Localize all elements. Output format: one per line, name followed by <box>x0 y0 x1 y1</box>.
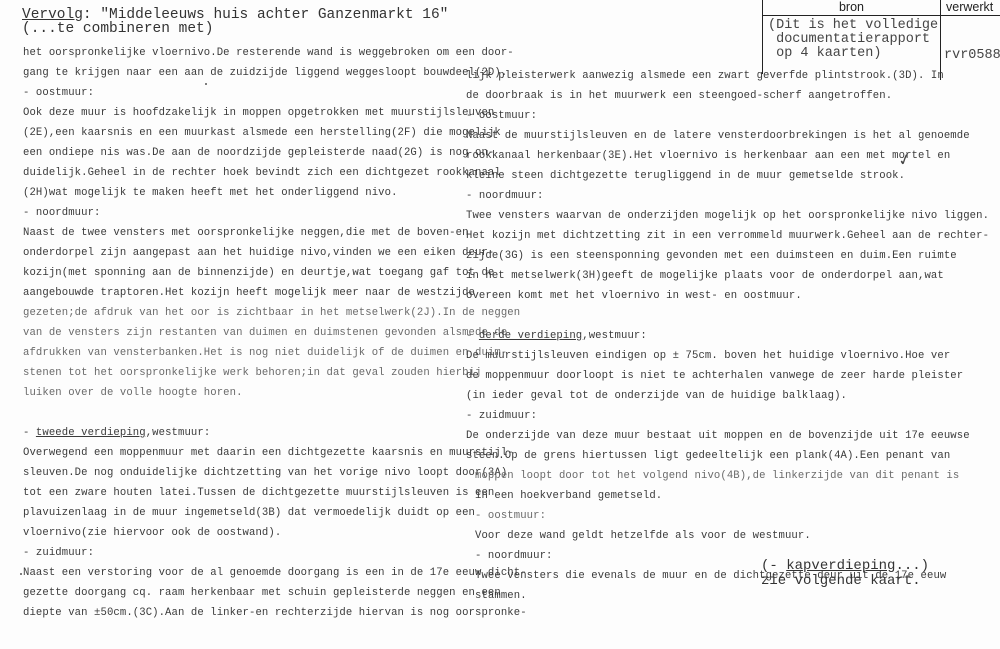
text-line: De onderzijde van deze muur bestaat uit … <box>466 426 936 446</box>
text-line: Ook deze muur is hoofdzakelijk in moppen… <box>23 103 463 123</box>
blank-line <box>23 403 463 423</box>
next-suffix: ...) <box>895 558 929 574</box>
section-heading: - zuidmuur: <box>23 543 463 563</box>
section-heading: - derde verdieping,westmuur: <box>466 326 936 346</box>
table-divider <box>762 15 1000 16</box>
text-line: luiken over de volle hoogte horen. <box>23 383 463 403</box>
speck <box>205 83 207 85</box>
text-line: stammen. <box>466 586 936 606</box>
text-line: zijde(3G) is een steensponning gevonden … <box>466 246 936 266</box>
text-line: vloernivo(zie hiervoor ook de oostwand). <box>23 523 463 543</box>
text-line: onderdorpel zijn aangepast aan het huidi… <box>23 243 463 263</box>
bron-note: (Dit is het volledige documentatierappor… <box>768 19 938 61</box>
bron-note-line: documentatierapport <box>768 33 938 47</box>
section-heading: - oostmuur: <box>466 506 936 526</box>
text-line: Overwegend een moppenmuur met daarin een… <box>23 443 463 463</box>
text-line: sleuven.De nog onduidelijke dichtzetting… <box>23 463 463 483</box>
column-header-verwerkt: verwerkt <box>946 0 993 14</box>
next-prefix: (- <box>761 558 786 574</box>
text-line: (in ieder geval tot de onderzijde van de… <box>466 386 936 406</box>
left-text-column: het oorspronkelijke vloernivo.De restere… <box>23 43 463 623</box>
text-line: Naast een verstoring voor de al genoemde… <box>23 563 463 583</box>
text-line: gezeten;de afdruk van het oor is zichtba… <box>23 303 463 323</box>
text-line: in het metselwerk(3H)geeft de mogelijke … <box>466 266 936 286</box>
document-page: Vervolg: "Middeleeuws huis achter Ganzen… <box>0 0 1000 649</box>
text-line: lijk pleisterwerk aanwezig alsmede een z… <box>466 66 936 86</box>
text-line: het oorspronkelijke vloernivo.De restere… <box>23 43 463 63</box>
text-line: aangebouwde traptoren.Het kozijn heeft m… <box>23 283 463 303</box>
text-line: rookkanaal herkenbaar(3E).Het vloernivo … <box>466 146 936 166</box>
text-line: plavuizenlaag in de muur ingemetseld(3B)… <box>23 503 463 523</box>
floor-heading: tweede verdieping <box>36 427 146 439</box>
text-line: Het kozijn met dichtzetting zit in een v… <box>466 226 936 246</box>
column-header-bron: bron <box>763 0 940 14</box>
text-line: de doorbraak is in het muurwerk een stee… <box>466 86 936 106</box>
text-line: tot een zware houten latei.Tussen de dic… <box>23 483 463 503</box>
speck <box>20 573 22 575</box>
text-line: overeen komt met het vloernivo in west- … <box>466 286 936 306</box>
text-line: Voor deze wand geldt hetzelfde als voor … <box>466 526 936 546</box>
blank-line <box>466 306 936 326</box>
section-heading: - noordmuur: <box>466 186 936 206</box>
text-line: een ondiepe nis was.De aan de noordzijde… <box>23 143 463 163</box>
continue-note: zie volgende kaart. <box>761 574 929 589</box>
document-subtitle: (...te combineren met) <box>22 22 213 37</box>
text-line: van de vensters zijn restanten van duime… <box>23 323 463 343</box>
text-line: afdrukken van vensterbanken.Het is nog n… <box>23 343 463 363</box>
text-line: (2E),een kaarsnis en een muurkast alsmed… <box>23 123 463 143</box>
verwerkt-code: rvr0588 <box>944 49 1000 63</box>
text-line: moppen loopt door tot het volgend nivo(4… <box>466 466 936 486</box>
section-heading: - noordmuur: <box>23 203 463 223</box>
right-text-column: lijk pleisterwerk aanwezig alsmede een z… <box>466 66 936 606</box>
bron-note-line: (Dit is het volledige <box>768 19 938 33</box>
text-line: De muurstijlsleuven eindigen op ± 75cm. … <box>466 346 936 366</box>
text-line: diepte van ±50cm.(3C).Aan de linker-en r… <box>23 603 463 623</box>
continuation-note: (- kapverdieping...)zie volgende kaart. <box>761 559 929 589</box>
section-heading: - oostmuur: <box>466 106 936 126</box>
bron-note-line: op 4 kaarten) <box>768 47 938 61</box>
next-section-label: kapverdieping <box>786 558 895 574</box>
floor-heading: derde verdieping <box>479 330 582 342</box>
text-line: kleine steen dichtgezette terugliggend i… <box>466 166 936 186</box>
text-line: Twee vensters waarvan de onderzijden mog… <box>466 206 936 226</box>
text-line: de moppenmuur doorloopt is niet te achte… <box>466 366 936 386</box>
text-line: gang te krijgen naar een aan de zuidzijd… <box>23 63 463 83</box>
text-line: in een hoekverband gemetseld. <box>466 486 936 506</box>
text-line: Naast de twee vensters met oorspronkelij… <box>23 223 463 243</box>
text-line: gezette doorgang cq. raam herkenbaar met… <box>23 583 463 603</box>
section-heading: - zuidmuur: <box>466 406 936 426</box>
text-line: duidelijk.Geheel in de rechter hoek bevi… <box>23 163 463 183</box>
next-section-line: (- kapverdieping...) <box>761 559 929 574</box>
text-line: stenen tot het oorspronkelijke werk beho… <box>23 363 463 383</box>
text-line: steen.Op de grens hiertussen ligt gedeel… <box>466 446 936 466</box>
text-line: (2H)wat mogelijk te maken heeft met het … <box>23 183 463 203</box>
section-heading: - tweede verdieping,westmuur: <box>23 423 463 443</box>
text-line: kozijn(met sponning aan de binnenzijde) … <box>23 263 463 283</box>
table-divider <box>940 0 941 80</box>
section-heading: - oostmuur: <box>23 83 463 103</box>
text-line: Naast de muurstijlsleuven en de latere v… <box>466 126 936 146</box>
